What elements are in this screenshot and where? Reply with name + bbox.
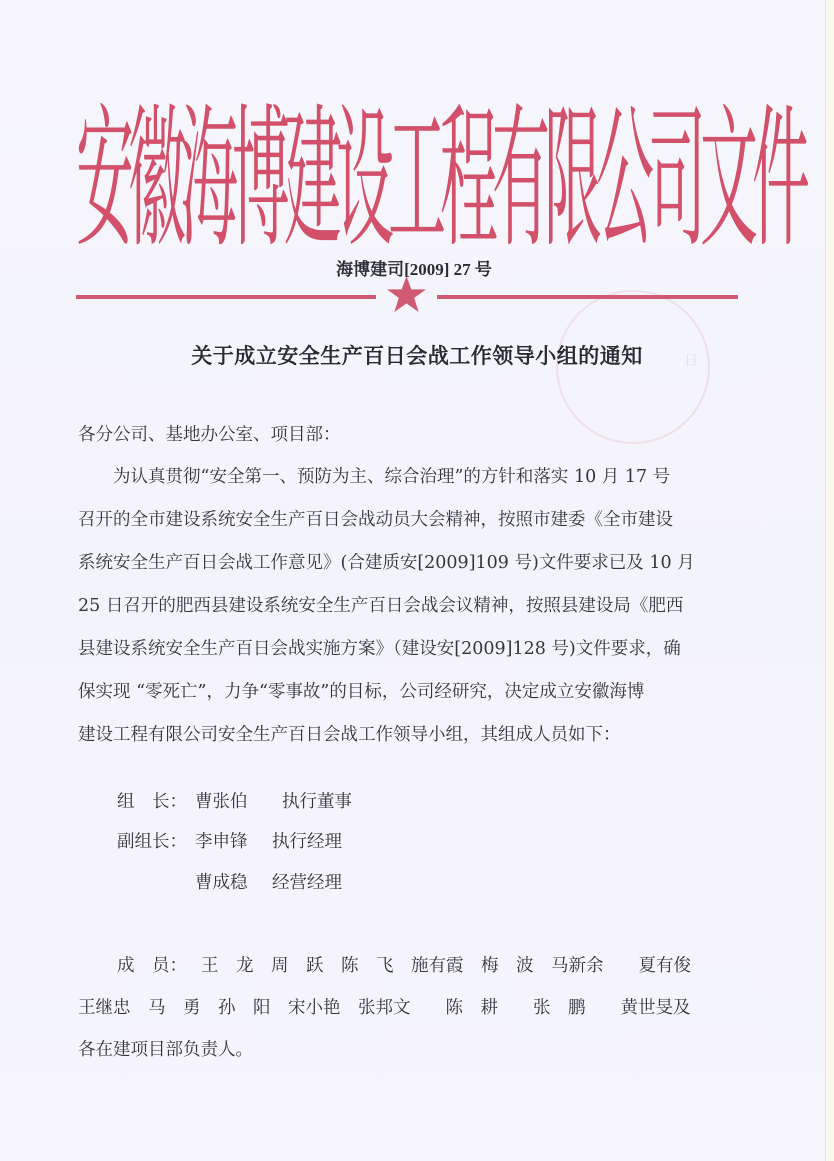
members-line-3: 各在建项目部负责人。: [78, 1036, 253, 1061]
members-label: 成 员：: [117, 952, 187, 977]
masthead-char: 公: [596, 102, 648, 256]
deputy-name: 曹成稳: [195, 869, 248, 894]
masthead-char: 司: [648, 102, 700, 256]
masthead-char: 徽: [128, 102, 180, 256]
masthead-char: 建: [284, 102, 336, 256]
body-line: 为认真贯彻“安全第一、预防为主、综合治理”的方针和落实 10 月 17 号: [78, 463, 670, 488]
leader-title: 执行董事: [282, 788, 352, 813]
red-star-icon: [386, 276, 427, 312]
body-line: 系统安全生产百日会战工作意见》(合建质安[2009]109 号)文件要求已及 1…: [78, 549, 695, 574]
body-line: 保实现 “零死亡”，力争“零事故”的目标，公司经研究，决定成立安徽海博: [78, 678, 644, 703]
notice-title: 关于成立安全生产百日会战工作领导小组的通知: [0, 340, 834, 370]
body-line: 25 日召开的肥西县建设系统安全生产百日会战会议精神，按照县建设局《肥西: [78, 592, 683, 617]
masthead-char: 件: [752, 102, 804, 256]
red-rule-left: [76, 295, 376, 299]
body-line: 建设工程有限公司安全生产百日会战工作领导小组，其组成人员如下：: [78, 721, 621, 746]
deputy-title: 执行经理: [272, 828, 342, 853]
masthead-char: 文: [700, 102, 752, 256]
deputy-role-label: 副组长：: [117, 828, 187, 853]
masthead-char: 博: [232, 102, 284, 256]
masthead-char: 限: [544, 102, 596, 256]
masthead-char: 安: [76, 102, 128, 256]
paper-edge: [825, 0, 834, 1161]
masthead-char: 程: [440, 102, 492, 256]
masthead-title: 安 徽 海 博 建 设 工 程 有 限 公 司 文 件: [76, 94, 740, 256]
masthead-char: 设: [336, 102, 388, 256]
body-line: 县建设系统安全生产百日会战实施方案》（建设安[2009]128 号)文件要求，确: [78, 635, 681, 660]
leader-name: 曹张伯: [195, 788, 248, 813]
leader-role-label: 组 长：: [117, 788, 187, 813]
masthead-char: 海: [180, 102, 232, 256]
members-line-2: 王继忠 马 勇 孙 阳 宋小艳 张邦文 陈 耕 张 鹏 黄世旻及: [78, 994, 691, 1019]
deputy-name: 李申锋: [195, 828, 248, 853]
masthead-char: 有: [492, 102, 544, 256]
red-rule-right: [437, 295, 738, 299]
masthead-char: 工: [388, 102, 440, 256]
members-line-1: 王 龙 周 跃 陈 飞 施有霞 梅 波 马新余 夏有俊: [201, 952, 691, 977]
addressee-line: 各分公司、基地办公室、项目部：: [78, 421, 341, 446]
deputy-title: 经营经理: [272, 869, 342, 894]
body-line: 召开的全市建设系统安全生产百日会战动员大会精神，按照市建委《全市建设: [78, 506, 673, 531]
